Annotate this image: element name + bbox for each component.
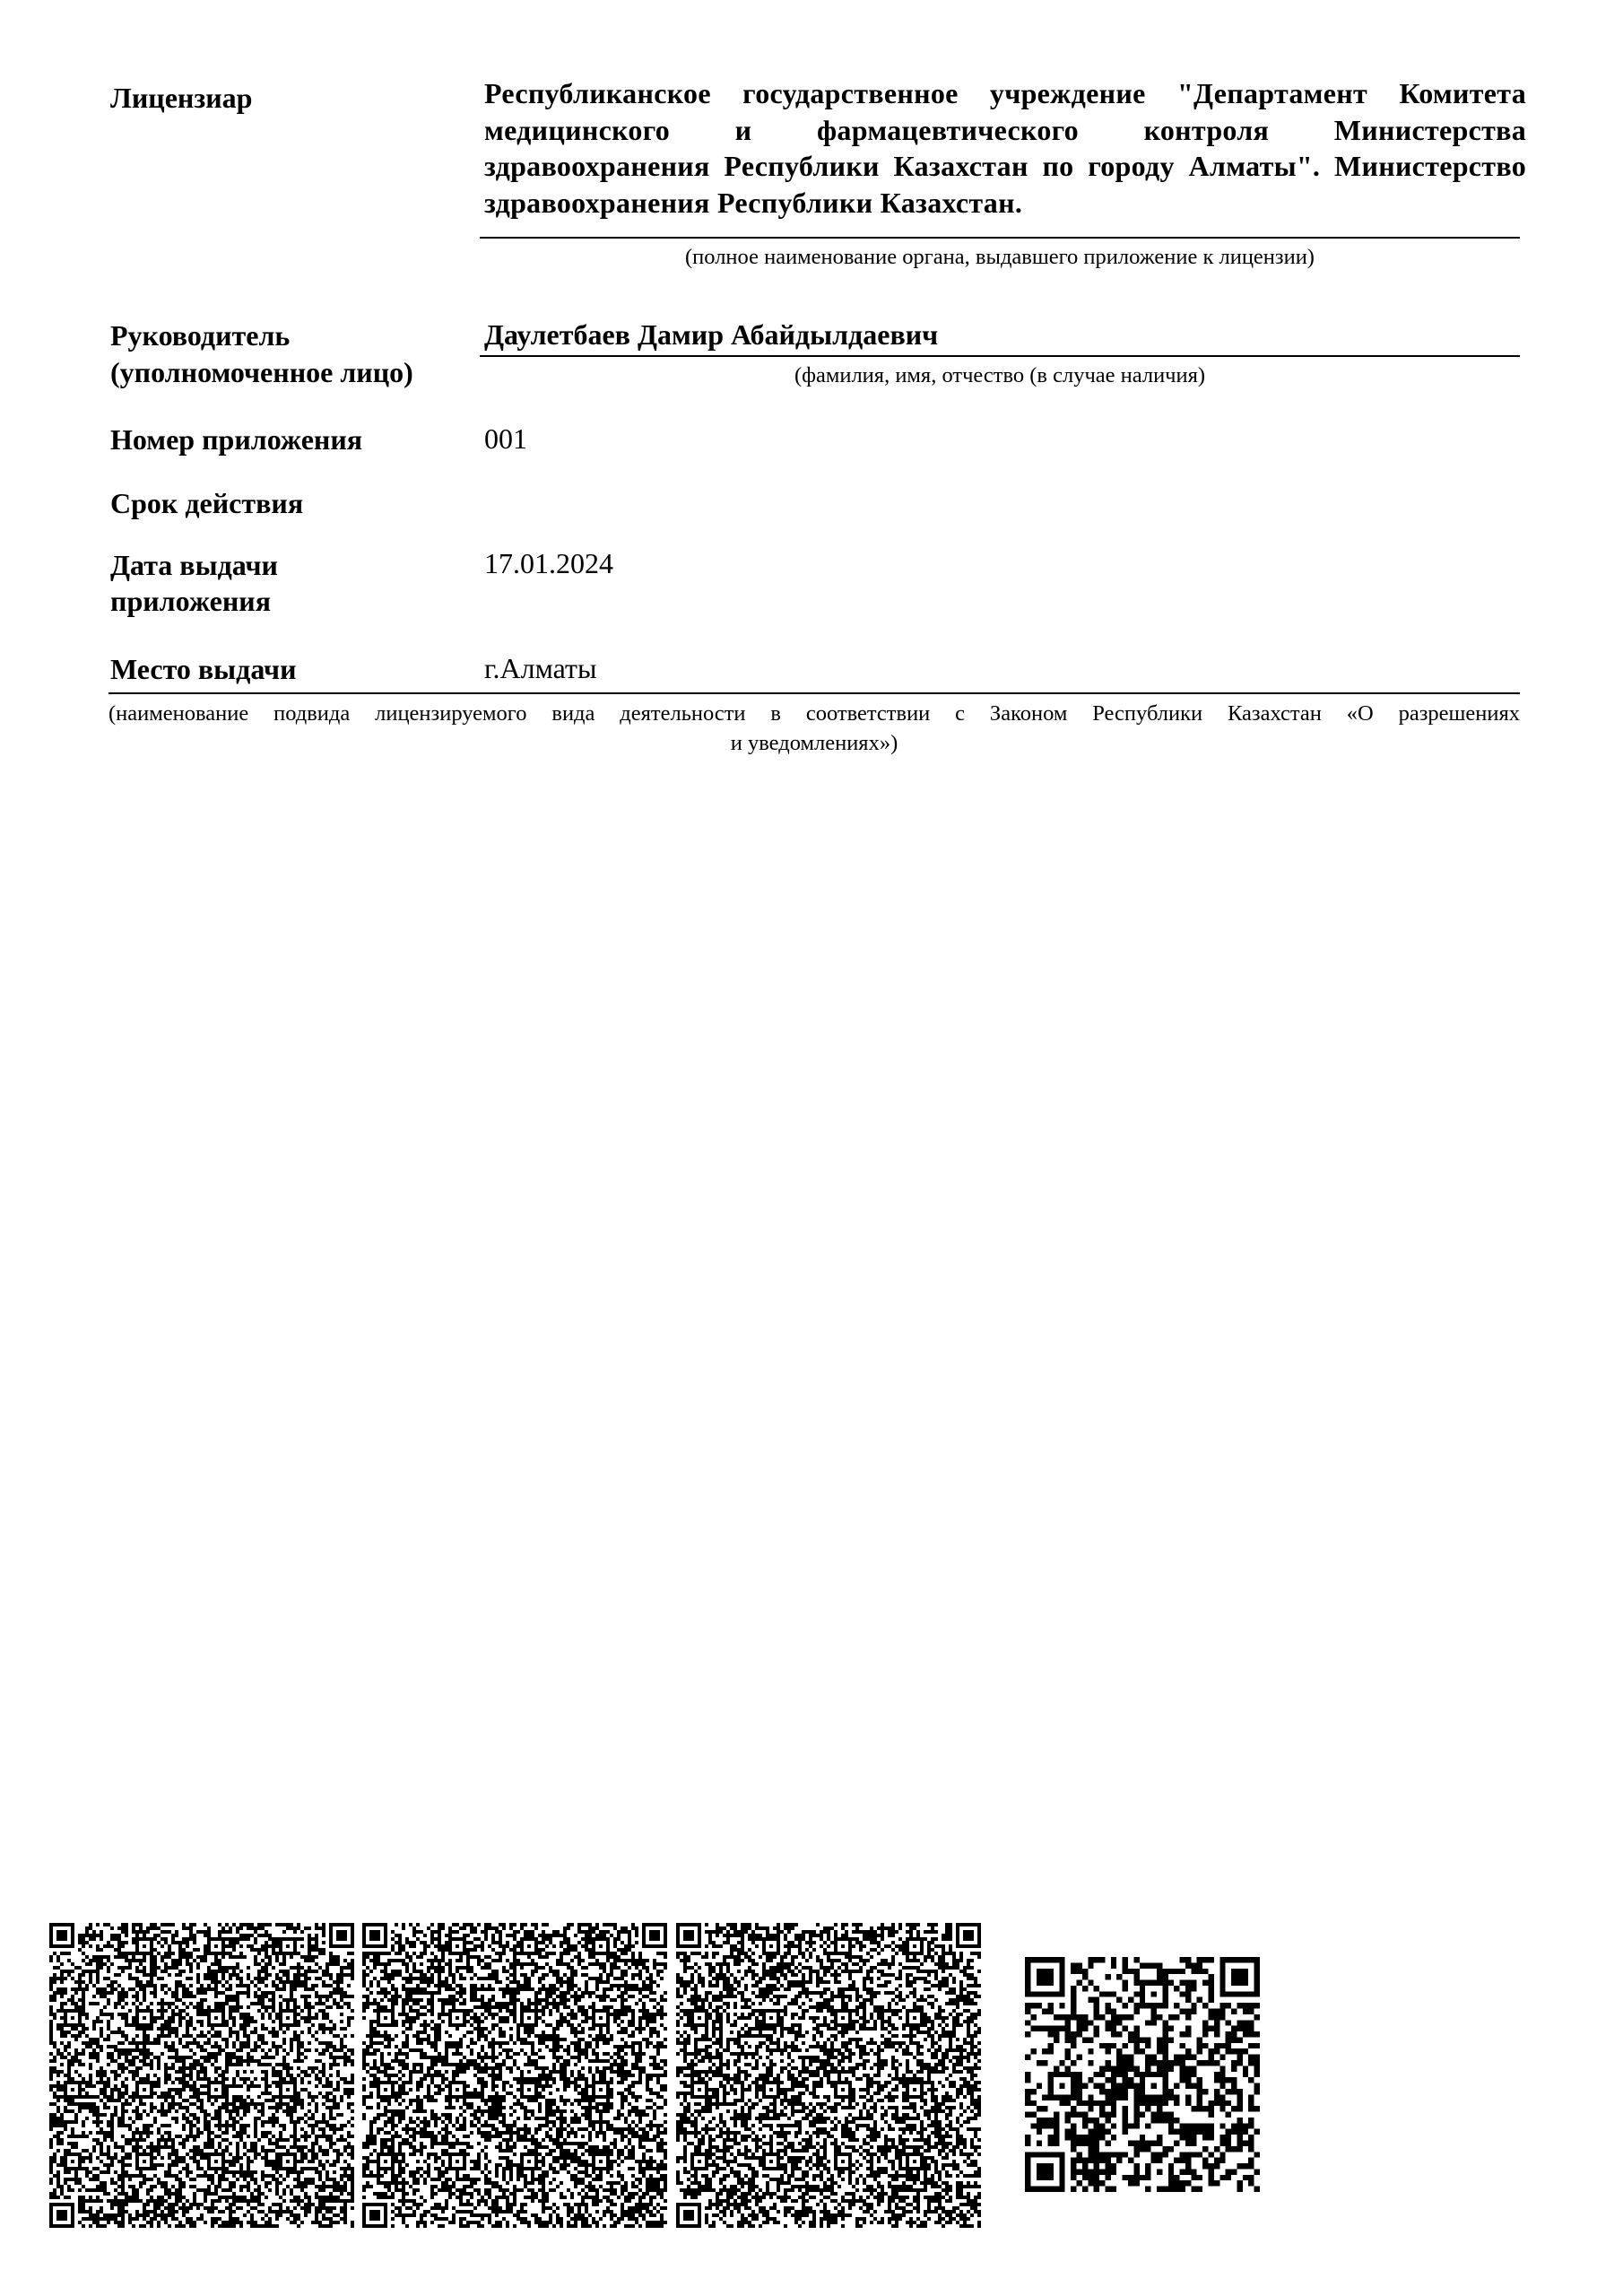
qr-code-4-icon xyxy=(1025,1957,1260,2192)
head-name-value: Даулетбаев Дамир Абайдылдаевич xyxy=(484,317,938,353)
head-caption: (фамилия, имя, отчество (в случае наличи… xyxy=(480,361,1520,390)
appendix-number-value: 001 xyxy=(484,421,527,457)
issue-place-value: г.Алматы xyxy=(484,650,596,687)
appendix-number-label: Номер приложения xyxy=(110,422,362,458)
head-label-line2: (уполномоченное лицо) xyxy=(110,354,413,391)
validity-label: Срок действия xyxy=(110,485,303,522)
subtype-underline xyxy=(108,692,1520,694)
issue-date-value: 17.01.2024 xyxy=(484,545,613,582)
subtype-caption-line2: и уведомлениях») xyxy=(108,728,1520,758)
subtype-caption-line1: (наименование подвида лицензируемого вид… xyxy=(108,699,1520,728)
licensor-underline xyxy=(480,237,1520,239)
head-underline xyxy=(480,355,1520,357)
qr-code-2-icon xyxy=(362,1923,667,2228)
head-label-line1: Руководитель xyxy=(110,317,290,354)
issue-date-label-line1: Дата выдачи xyxy=(110,547,278,584)
issue-place-label: Место выдачи xyxy=(110,651,297,688)
qr-code-3-icon xyxy=(676,1923,981,2228)
issue-date-label-line2: приложения xyxy=(110,583,271,620)
qr-code-1-icon xyxy=(49,1923,354,2228)
licensor-value: Республиканское государственное учрежден… xyxy=(484,75,1526,221)
licensor-label: Лицензиар xyxy=(110,80,252,117)
licensor-caption: (полное наименование органа, выдавшего п… xyxy=(480,242,1520,272)
